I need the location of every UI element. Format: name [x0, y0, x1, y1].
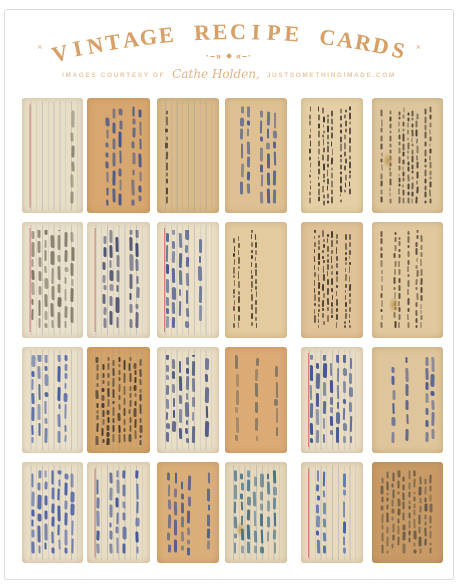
handwriting-texture — [164, 470, 212, 555]
card-writing — [228, 350, 284, 450]
handwriting-texture — [379, 230, 436, 330]
card-writing — [304, 350, 360, 450]
recipe-card-r1c5 — [301, 98, 363, 213]
recipe-card-r3c6 — [372, 347, 443, 453]
card-writing — [375, 225, 440, 335]
card-writing — [25, 465, 80, 560]
card-writing — [25, 225, 80, 335]
handwriting-texture — [308, 355, 356, 445]
handwriting-texture — [164, 106, 212, 205]
card-writing — [25, 101, 80, 210]
card-writing — [375, 101, 440, 210]
recipe-card-r4c2 — [87, 462, 150, 563]
card-writing — [160, 225, 216, 335]
handwriting-texture — [232, 355, 280, 445]
recipe-card-r4c4 — [225, 462, 287, 563]
recipe-card-r4c5 — [301, 462, 363, 563]
handwriting-texture — [308, 470, 356, 555]
handwriting-texture — [232, 470, 280, 555]
recipe-card-r1c1 — [22, 98, 83, 213]
card-stain — [388, 297, 399, 313]
recipe-card-r3c2 — [87, 347, 150, 453]
handwriting-texture — [29, 470, 76, 555]
handwriting-texture — [164, 355, 212, 445]
card-writing — [90, 465, 147, 560]
recipe-card-r4c3 — [157, 462, 219, 563]
handwriting-texture — [29, 230, 76, 330]
handwriting-texture — [94, 355, 143, 445]
handwriting-texture — [29, 355, 76, 445]
recipe-card-r2c5 — [301, 222, 363, 338]
handwriting-texture — [308, 106, 356, 205]
recipe-cards-grid — [0, 0, 458, 588]
handwriting-texture — [94, 230, 143, 330]
recipe-card-r1c4 — [225, 98, 287, 213]
card-writing — [90, 350, 147, 450]
card-writing — [160, 465, 216, 560]
card-writing — [90, 101, 147, 210]
card-writing — [90, 225, 147, 335]
handwriting-texture — [164, 230, 212, 330]
recipe-card-r1c2 — [87, 98, 150, 213]
card-writing — [304, 225, 360, 335]
card-writing — [228, 465, 284, 560]
recipe-card-r3c4 — [225, 347, 287, 453]
handwriting-texture — [232, 106, 280, 205]
card-writing — [228, 101, 284, 210]
recipe-card-r3c3 — [157, 347, 219, 453]
recipe-card-r2c2 — [87, 222, 150, 338]
card-writing — [375, 350, 440, 450]
card-writing — [228, 225, 284, 335]
handwriting-texture — [94, 470, 143, 555]
recipe-card-r3c5 — [301, 347, 363, 453]
handwriting-texture — [94, 106, 143, 205]
recipe-card-r2c4 — [225, 222, 287, 338]
card-writing — [160, 101, 216, 210]
handwriting-texture — [308, 230, 356, 330]
card-writing — [304, 101, 360, 210]
card-writing — [160, 350, 216, 450]
card-stain — [235, 521, 246, 537]
card-stain — [382, 152, 393, 168]
recipe-card-r2c3 — [157, 222, 219, 338]
handwriting-texture — [232, 230, 280, 330]
recipe-card-r2c6 — [372, 222, 443, 338]
recipe-card-r4c1 — [22, 462, 83, 563]
recipe-card-r4c6 — [372, 462, 443, 563]
card-writing — [25, 350, 80, 450]
handwriting-texture — [379, 470, 436, 555]
handwriting-texture — [379, 355, 436, 445]
recipe-card-r2c1 — [22, 222, 83, 338]
poster: VINTAGE RECIPE CARDS × × ·–» «–· IMAGES … — [0, 0, 458, 588]
handwriting-texture — [29, 106, 76, 205]
card-writing — [304, 465, 360, 560]
recipe-card-r1c6 — [372, 98, 443, 213]
card-writing — [375, 465, 440, 560]
recipe-card-r1c3 — [157, 98, 219, 213]
recipe-card-r3c1 — [22, 347, 83, 453]
